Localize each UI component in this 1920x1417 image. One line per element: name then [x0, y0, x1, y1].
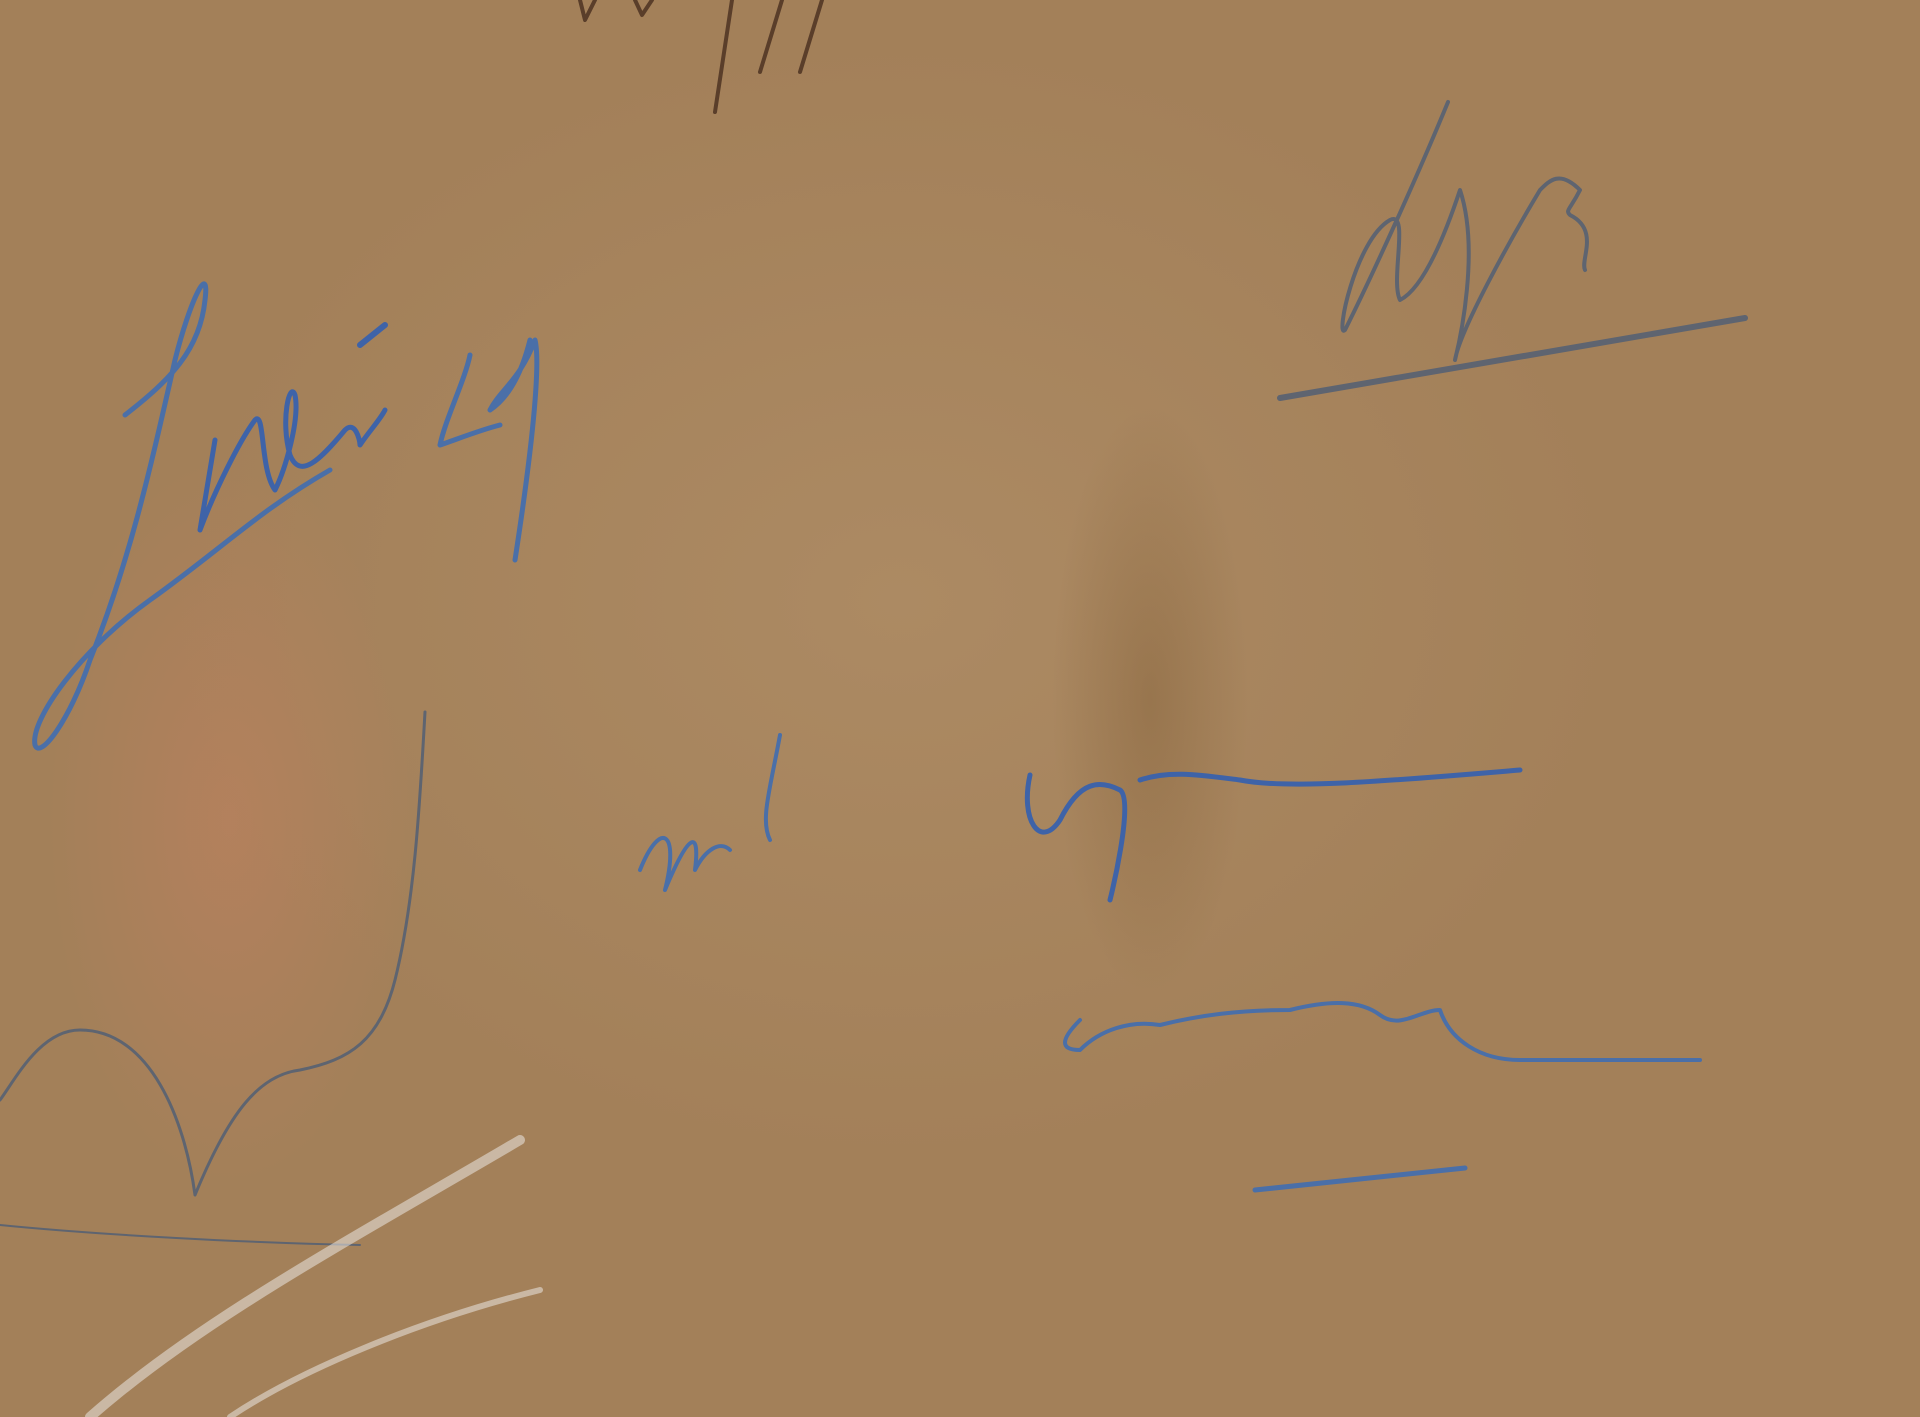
handwriting-layer	[0, 0, 1920, 1417]
number-handwriting	[1342, 102, 1587, 360]
line3-handwriting	[1065, 1003, 1700, 1060]
top-ink-fragment	[580, 0, 822, 112]
date-handwriting	[35, 284, 537, 748]
white-smudges	[90, 1140, 540, 1417]
paper-sheet: Juli 29 673 m l Sophie annonce	[0, 0, 1920, 1417]
number-underline	[1280, 318, 1745, 398]
graphite-sketch	[0, 712, 425, 1245]
line2-handwriting	[640, 735, 1520, 900]
bottom-underline	[1255, 1168, 1465, 1190]
